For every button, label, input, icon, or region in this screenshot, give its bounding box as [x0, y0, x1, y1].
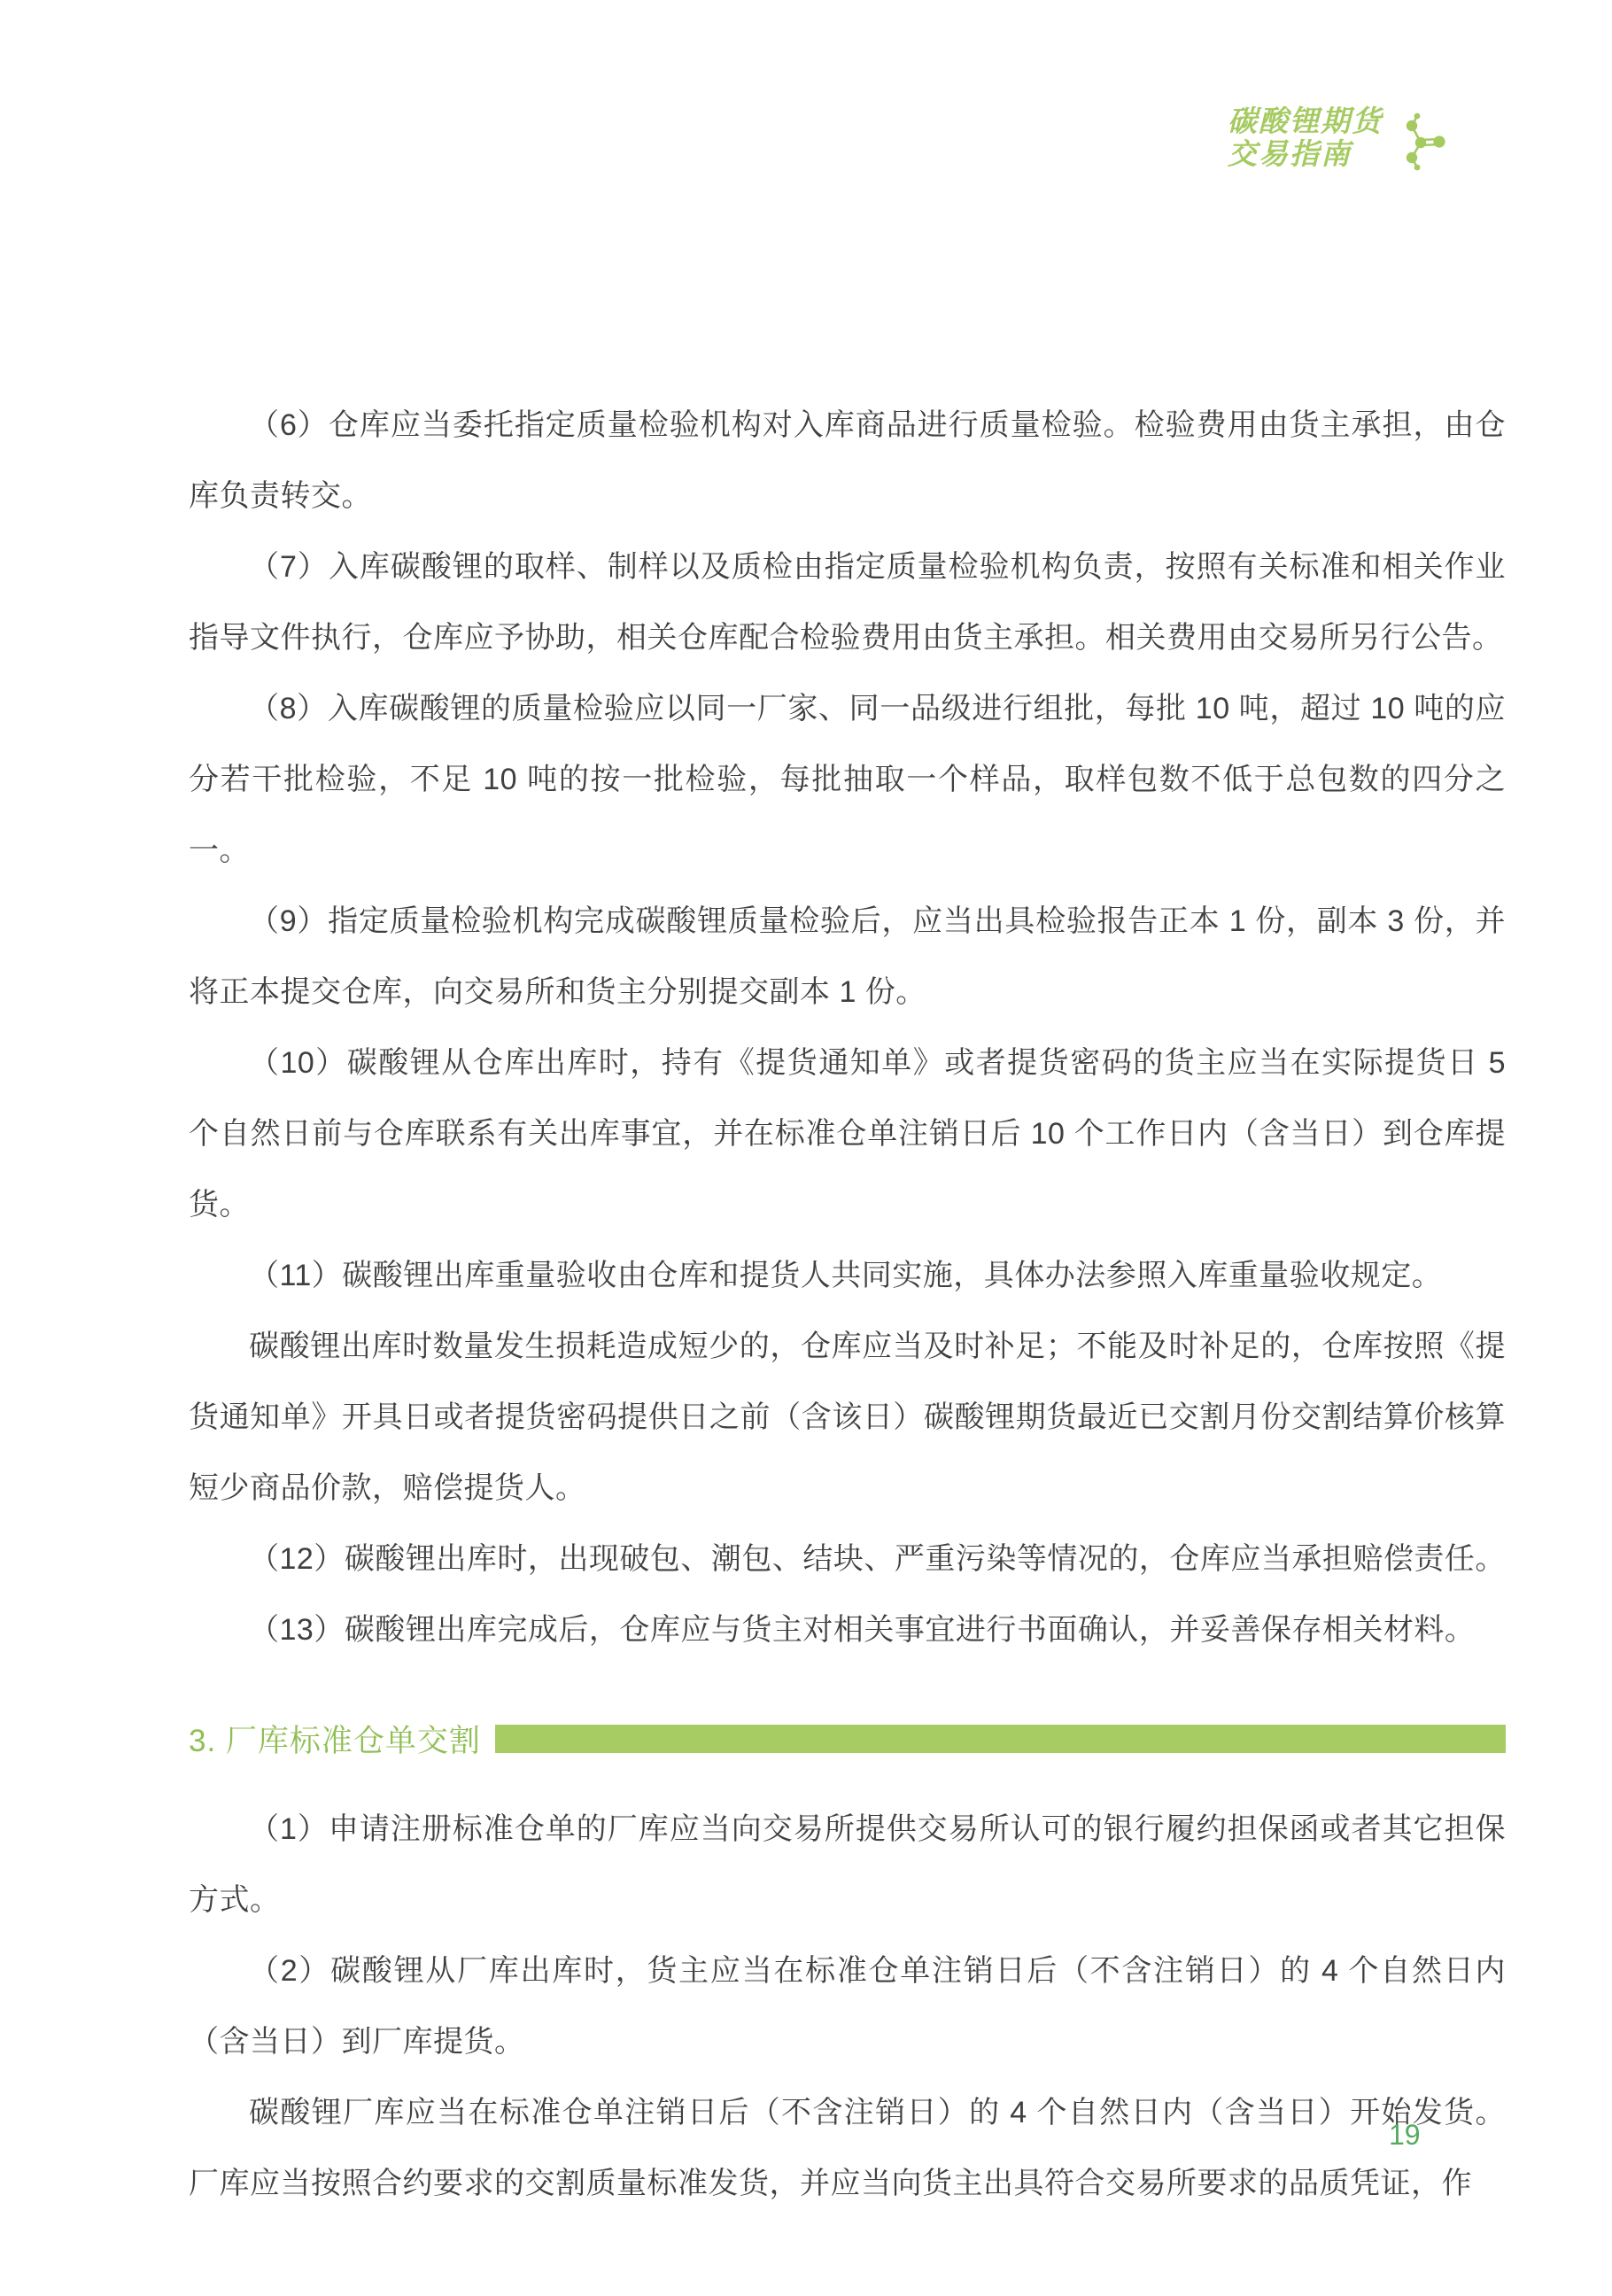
section3-body: （1）申请注册标准仓单的厂库应当向交易所提供交易所认可的银行履约担保函或者其它担… — [189, 1794, 1506, 2219]
section-heading: 3. 厂库标准仓单交割 — [189, 1722, 1506, 1756]
page-number: 19 — [1389, 2119, 1421, 2152]
paragraph-9: （9）指定质量检验机构完成碳酸锂质量检验后，应当出具检验报告正本 1 份，副本 … — [189, 886, 1506, 1028]
document-body: （6）仓库应当委托指定质量检验机构对入库商品进行质量检验。检验费用由货主承担，由… — [189, 390, 1506, 2219]
paragraph-s3-1: （1）申请注册标准仓单的厂库应当向交易所提供交易所认可的银行履约担保函或者其它担… — [189, 1794, 1506, 1935]
paragraph-13: （13）碳酸锂出库完成后，仓库应与货主对相关事宜进行书面确认，并妥善保存相关材料… — [189, 1594, 1506, 1665]
section-heading-bar — [495, 1725, 1506, 1753]
paragraph-8: （8）入库碳酸锂的质量检验应以同一厂家、同一品级进行组批，每批 10 吨，超过 … — [189, 673, 1506, 886]
paragraph-11: （11）碳酸锂出库重量验收由仓库和提货人共同实施，具体办法参照入库重量验收规定。 — [189, 1240, 1506, 1311]
paragraph-7: （7）入库碳酸锂的取样、制样以及质检由指定质量检验机构负责，按照有关标准和相关作… — [189, 531, 1506, 673]
document-page: 碳酸锂期货 交易指南 — [0, 0, 1612, 2296]
paragraph-12: （12）碳酸锂出库时，出现破包、潮包、结块、严重污染等情况的，仓库应当承担赔偿责… — [189, 1524, 1506, 1594]
logo-title-line2: 交易指南 — [1228, 137, 1383, 170]
paragraph-s3-shipping: 碳酸锂厂库应当在标准仓单注销日后（不含注销日）的 4 个自然日内（含当日）开始发… — [189, 2077, 1506, 2219]
header-logo: 碳酸锂期货 交易指南 — [1228, 105, 1446, 178]
logo-title: 碳酸锂期货 交易指南 — [1228, 105, 1383, 170]
paragraph-10: （10）碳酸锂从仓库出库时，持有《提货通知单》或者提货密码的货主应当在实际提货日… — [189, 1028, 1506, 1240]
paragraph-6: （6）仓库应当委托指定质量检验机构对入库商品进行质量检验。检验费用由货主承担，由… — [189, 390, 1506, 531]
section-heading-title: 3. 厂库标准仓单交割 — [189, 1717, 481, 1761]
molecule-icon — [1406, 112, 1446, 178]
paragraph-shortage-compensation: 碳酸锂出库时数量发生损耗造成短少的，仓库应当及时补足；不能及时补足的，仓库按照《… — [189, 1311, 1506, 1524]
logo-title-line1: 碳酸锂期货 — [1228, 105, 1383, 137]
paragraph-s3-2: （2）碳酸锂从厂库出库时，货主应当在标准仓单注销日后（不含注销日）的 4 个自然… — [189, 1935, 1506, 2077]
